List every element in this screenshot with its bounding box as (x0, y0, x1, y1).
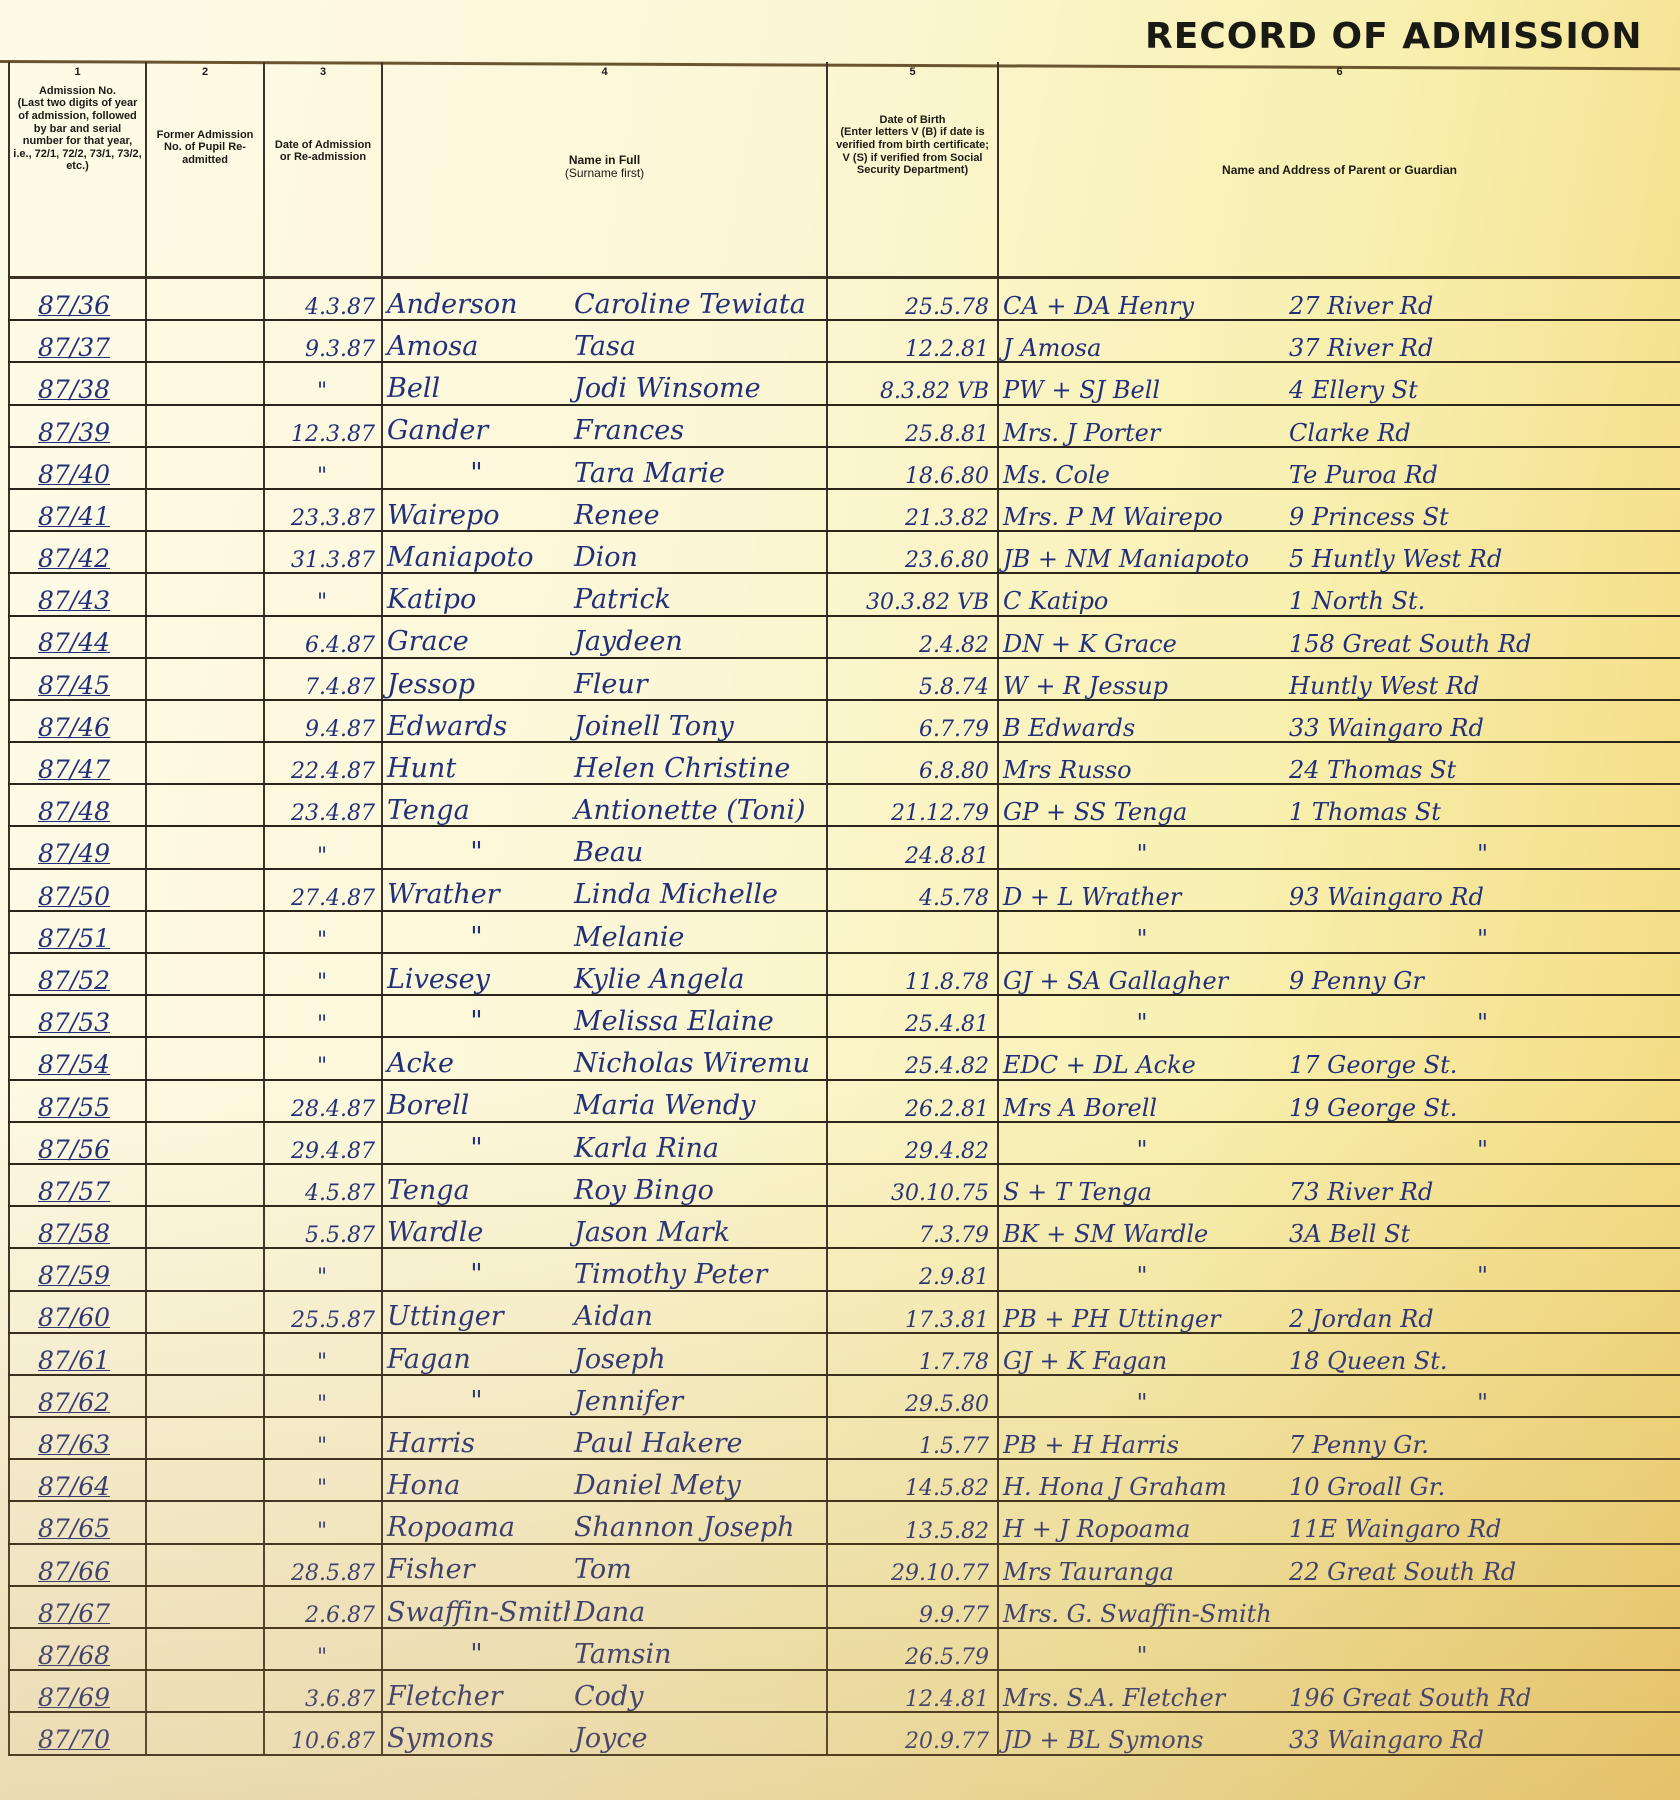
former-admission-cell (146, 953, 264, 995)
date-of-birth-cell (827, 911, 998, 953)
date-of-birth-cell: 1.7.78 (827, 1333, 998, 1375)
surname-cell: Fisher (382, 1544, 570, 1586)
table-row: 87/51""Melanie"" (9, 911, 1680, 953)
surname-cell: Livesey (382, 953, 570, 995)
parent-address-cell: Te Puroa Rd (1285, 447, 1680, 489)
surname-cell: Harris (382, 1417, 570, 1459)
parent-name-cell: Mrs Russo (998, 742, 1285, 784)
table-row: 87/693.6.87FletcherCody12.4.81Mrs. S.A. … (9, 1670, 1680, 1712)
parent-name-cell: W + R Jessup (998, 658, 1285, 700)
given-names-cell: Nicholas Wiremu (570, 1037, 827, 1079)
date-of-birth-cell: 1.5.77 (827, 1417, 998, 1459)
parent-name-cell: H. Hona J Graham (998, 1459, 1285, 1501)
former-admission-cell (146, 1375, 264, 1417)
former-admission-cell (146, 1712, 264, 1754)
parent-name-cell: DN + K Grace (998, 616, 1285, 658)
admission-date-cell: 4.3.87 (264, 278, 382, 321)
table-row: 87/364.3.87AndersonCaroline Tewiata25.5.… (9, 278, 1680, 321)
former-admission-cell (146, 658, 264, 700)
admission-no-cell: 87/50 (9, 869, 146, 911)
given-names-cell: Roy Bingo (570, 1164, 827, 1206)
parent-address-cell (1285, 1628, 1680, 1670)
admission-no-cell: 87/65 (9, 1501, 146, 1543)
admission-date-cell: " (264, 1037, 382, 1079)
former-admission-cell (146, 1586, 264, 1628)
table-row: 87/5027.4.87WratherLinda Michelle4.5.78D… (9, 869, 1680, 911)
surname-cell: Jessop (382, 658, 570, 700)
parent-address-cell: " (1285, 1122, 1680, 1164)
parent-address-cell: " (1285, 826, 1680, 868)
former-admission-cell (146, 320, 264, 362)
table-row: 87/38"BellJodi Winsome8.3.82 VBPW + SJ B… (9, 362, 1680, 404)
table-row: 87/4722.4.87HuntHelen Christine6.8.80Mrs… (9, 742, 1680, 784)
admission-date-cell: 27.4.87 (264, 869, 382, 911)
date-of-birth-cell: 26.5.79 (827, 1628, 998, 1670)
former-admission-cell (146, 616, 264, 658)
parent-address-cell: 9 Princess St (1285, 489, 1680, 531)
parent-address-cell: 158 Great South Rd (1285, 616, 1680, 658)
column-note: (Surname first) (386, 167, 823, 181)
admission-date-cell: " (264, 1417, 382, 1459)
surname-cell: Wardle (382, 1206, 570, 1248)
given-names-cell: Tasa (570, 320, 827, 362)
surname-cell: Tenga (382, 784, 570, 826)
surname-cell: " (382, 1628, 570, 1670)
admission-date-cell: " (264, 1628, 382, 1670)
parent-name-cell: " (998, 1375, 1285, 1417)
table-row: 87/457.4.87JessopFleur5.8.74W + R Jessup… (9, 658, 1680, 700)
parent-name-cell: " (998, 1628, 1285, 1670)
table-row: 87/3912.3.87GanderFrances25.8.81Mrs. J P… (9, 405, 1680, 447)
parent-address-cell: 17 George St. (1285, 1037, 1680, 1079)
admission-date-cell: 22.4.87 (264, 742, 382, 784)
surname-cell: Katipo (382, 573, 570, 615)
admission-no-cell: 87/46 (9, 700, 146, 742)
date-of-birth-cell: 12.4.81 (827, 1670, 998, 1712)
admission-date-cell: 28.4.87 (264, 1080, 382, 1122)
parent-name-cell: Ms. Cole (998, 447, 1285, 489)
given-names-cell: Caroline Tewiata (570, 278, 827, 321)
former-admission-cell (146, 1501, 264, 1543)
table-row: 87/54"AckeNicholas Wiremu25.4.82EDC + DL… (9, 1037, 1680, 1079)
parent-address-cell: 27 River Rd (1285, 278, 1680, 321)
date-of-birth-cell: 29.4.82 (827, 1122, 998, 1164)
date-of-birth-cell: 5.8.74 (827, 658, 998, 700)
date-of-birth-cell: 2.9.81 (827, 1248, 998, 1290)
admission-no-cell: 87/62 (9, 1375, 146, 1417)
table-row: 87/585.5.87WardleJason Mark7.3.79BK + SM… (9, 1206, 1680, 1248)
date-of-birth-cell: 25.8.81 (827, 405, 998, 447)
surname-cell: Gander (382, 405, 570, 447)
given-names-cell: Timothy Peter (570, 1248, 827, 1290)
former-admission-cell (146, 700, 264, 742)
admission-no-cell: 87/63 (9, 1417, 146, 1459)
admission-no-cell: 87/43 (9, 573, 146, 615)
column-header-parent-guardian: 6 Name and Address of Parent or Guardian (998, 62, 1680, 278)
former-admission-cell (146, 362, 264, 404)
admission-no-cell: 87/41 (9, 489, 146, 531)
table-row: 87/469.4.87EdwardsJoinell Tony6.7.79B Ed… (9, 700, 1680, 742)
former-admission-cell (146, 1291, 264, 1333)
admission-date-cell: " (264, 1248, 382, 1290)
admission-no-cell: 87/45 (9, 658, 146, 700)
parent-name-cell: Mrs. G. Swaffin-Smith (998, 1586, 1285, 1628)
table-row: 87/40""Tara Marie18.6.80Ms. ColeTe Puroa… (9, 447, 1680, 489)
parent-address-cell: " (1285, 1375, 1680, 1417)
parent-address-cell: 22 Great South Rd (1285, 1544, 1680, 1586)
given-names-cell: Renee (570, 489, 827, 531)
former-admission-cell (146, 405, 264, 447)
table-row: 87/7010.6.87SymonsJoyce20.9.77JD + BL Sy… (9, 1712, 1680, 1754)
parent-address-cell: 9 Penny Gr (1285, 953, 1680, 995)
admission-no-cell: 87/44 (9, 616, 146, 658)
parent-address-cell: 11E Waingaro Rd (1285, 1501, 1680, 1543)
column-header-name-in-full: 4 Name in Full (Surname first) (382, 62, 827, 278)
admission-no-cell: 87/53 (9, 995, 146, 1037)
date-of-birth-cell: 9.9.77 (827, 1586, 998, 1628)
given-names-cell: Dana (570, 1586, 827, 1628)
column-header-row: 1 Admission No. (Last two digits of year… (9, 62, 1680, 278)
former-admission-cell (146, 742, 264, 784)
parent-address-cell: 24 Thomas St (1285, 742, 1680, 784)
table-row: 87/52"LiveseyKylie Angela11.8.78GJ + SA … (9, 953, 1680, 995)
table-row: 87/4823.4.87TengaAntionette (Toni)21.12.… (9, 784, 1680, 826)
parent-address-cell: " (1285, 995, 1680, 1037)
date-of-birth-cell: 14.5.82 (827, 1459, 998, 1501)
date-of-birth-cell: 29.5.80 (827, 1375, 998, 1417)
given-names-cell: Kylie Angela (570, 953, 827, 995)
parent-address-cell: 10 Groall Gr. (1285, 1459, 1680, 1501)
surname-cell: Maniapoto (382, 531, 570, 573)
surname-cell: Acke (382, 1037, 570, 1079)
parent-name-cell: H + J Ropoama (998, 1501, 1285, 1543)
date-of-birth-cell: 6.7.79 (827, 700, 998, 742)
date-of-birth-cell: 7.3.79 (827, 1206, 998, 1248)
table-row: 87/65"RopoamaShannon Joseph13.5.82H + J … (9, 1501, 1680, 1543)
parent-name-cell: " (998, 1122, 1285, 1164)
given-names-cell: Jodi Winsome (570, 362, 827, 404)
admission-no-cell: 87/68 (9, 1628, 146, 1670)
admission-no-cell: 87/66 (9, 1544, 146, 1586)
table-row: 87/574.5.87TengaRoy Bingo30.10.75S + T T… (9, 1164, 1680, 1206)
parent-name-cell: J Amosa (998, 320, 1285, 362)
date-of-birth-cell: 24.8.81 (827, 826, 998, 868)
admission-date-cell: " (264, 1501, 382, 1543)
admission-no-cell: 87/69 (9, 1670, 146, 1712)
parent-name-cell: PB + H Harris (998, 1417, 1285, 1459)
parent-address-cell: Huntly West Rd (1285, 658, 1680, 700)
surname-cell: Wairepo (382, 489, 570, 531)
parent-address-cell: 3A Bell St (1285, 1206, 1680, 1248)
surname-cell: " (382, 995, 570, 1037)
date-of-birth-cell: 20.9.77 (827, 1712, 998, 1754)
parent-name-cell: PB + PH Uttinger (998, 1291, 1285, 1333)
given-names-cell: Cody (570, 1670, 827, 1712)
admission-date-cell: 25.5.87 (264, 1291, 382, 1333)
parent-address-cell: 18 Queen St. (1285, 1333, 1680, 1375)
admission-date-cell: " (264, 362, 382, 404)
parent-name-cell: GP + SS Tenga (998, 784, 1285, 826)
parent-name-cell: Mrs. S.A. Fletcher (998, 1670, 1285, 1712)
given-names-cell: Fleur (570, 658, 827, 700)
admission-date-cell: 10.6.87 (264, 1712, 382, 1754)
parent-name-cell: GJ + K Fagan (998, 1333, 1285, 1375)
parent-address-cell: Clarke Rd (1285, 405, 1680, 447)
parent-address-cell: 7 Penny Gr. (1285, 1417, 1680, 1459)
parent-name-cell: EDC + DL Acke (998, 1037, 1285, 1079)
column-note: (Last two digits of year of admission, f… (13, 97, 142, 173)
parent-address-cell: 5 Huntly West Rd (1285, 531, 1680, 573)
admission-date-cell: 9.3.87 (264, 320, 382, 362)
admission-date-cell: " (264, 995, 382, 1037)
table-row: 87/43"KatipoPatrick30.3.82 VBC Katipo1 N… (9, 573, 1680, 615)
given-names-cell: Patrick (570, 573, 827, 615)
date-of-birth-cell: 25.4.81 (827, 995, 998, 1037)
former-admission-cell (146, 573, 264, 615)
table-row: 87/4123.3.87WairepoRenee21.3.82Mrs. P M … (9, 489, 1680, 531)
table-row: 87/446.4.87GraceJaydeen2.4.82DN + K Grac… (9, 616, 1680, 658)
table-row: 87/6628.5.87FisherTom29.10.77Mrs Taurang… (9, 1544, 1680, 1586)
given-names-cell: Tamsin (570, 1628, 827, 1670)
table-row: 87/6025.5.87UttingerAidan17.3.81PB + PH … (9, 1291, 1680, 1333)
table-row: 87/4231.3.87ManiapotoDion23.6.80JB + NM … (9, 531, 1680, 573)
surname-cell: Uttinger (382, 1291, 570, 1333)
column-header-former-admission: 2 Former Admission No. of Pupil Re-admit… (146, 62, 264, 278)
admission-no-cell: 87/37 (9, 320, 146, 362)
surname-cell: Fletcher (382, 1670, 570, 1712)
admission-date-cell: " (264, 573, 382, 615)
date-of-birth-cell: 30.10.75 (827, 1164, 998, 1206)
admission-date-cell: 5.5.87 (264, 1206, 382, 1248)
parent-name-cell: Mrs Tauranga (998, 1544, 1285, 1586)
table-row: 87/64"HonaDaniel Mety14.5.82H. Hona J Gr… (9, 1459, 1680, 1501)
admission-date-cell: 2.6.87 (264, 1586, 382, 1628)
former-admission-cell (146, 1037, 264, 1079)
surname-cell: Fagan (382, 1333, 570, 1375)
former-admission-cell (146, 1122, 264, 1164)
given-names-cell: Tara Marie (570, 447, 827, 489)
admission-date-cell: " (264, 826, 382, 868)
parent-address-cell: 33 Waingaro Rd (1285, 700, 1680, 742)
given-names-cell: Joseph (570, 1333, 827, 1375)
given-names-cell: Karla Rina (570, 1122, 827, 1164)
date-of-birth-cell: 21.3.82 (827, 489, 998, 531)
parent-address-cell: 19 George St. (1285, 1080, 1680, 1122)
surname-cell: " (382, 1248, 570, 1290)
table-row: 87/5528.4.87BorellMaria Wendy26.2.81Mrs … (9, 1080, 1680, 1122)
former-admission-cell (146, 826, 264, 868)
table-row: 87/68""Tamsin26.5.79" (9, 1628, 1680, 1670)
former-admission-cell (146, 1164, 264, 1206)
admission-date-cell: 23.4.87 (264, 784, 382, 826)
former-admission-cell (146, 911, 264, 953)
given-names-cell: Helen Christine (570, 742, 827, 784)
date-of-birth-cell: 11.8.78 (827, 953, 998, 995)
surname-cell: " (382, 911, 570, 953)
parent-name-cell: D + L Wrather (998, 869, 1285, 911)
former-admission-cell (146, 1628, 264, 1670)
parent-name-cell: " (998, 826, 1285, 868)
date-of-birth-cell: 21.12.79 (827, 784, 998, 826)
table-row: 87/62""Jennifer29.5.80"" (9, 1375, 1680, 1417)
column-header-admission-no: 1 Admission No. (Last two digits of year… (9, 62, 146, 278)
parent-name-cell: " (998, 1248, 1285, 1290)
admission-no-cell: 87/59 (9, 1248, 146, 1290)
parent-address-cell: 2 Jordan Rd (1285, 1291, 1680, 1333)
surname-cell: " (382, 1122, 570, 1164)
given-names-cell: Tom (570, 1544, 827, 1586)
surname-cell: Bell (382, 362, 570, 404)
admission-no-cell: 87/47 (9, 742, 146, 784)
parent-address-cell: 4 Ellery St (1285, 362, 1680, 404)
admission-no-cell: 87/36 (9, 278, 146, 321)
page-title: RECORD OF ADMISSION (1145, 16, 1643, 57)
admission-no-cell: 87/60 (9, 1291, 146, 1333)
former-admission-cell (146, 531, 264, 573)
former-admission-cell (146, 869, 264, 911)
table-row: 87/63"HarrisPaul Hakere1.5.77PB + H Harr… (9, 1417, 1680, 1459)
parent-address-cell: 73 River Rd (1285, 1164, 1680, 1206)
date-of-birth-cell: 6.8.80 (827, 742, 998, 784)
parent-name-cell: BK + SM Wardle (998, 1206, 1285, 1248)
admission-date-cell: " (264, 447, 382, 489)
given-names-cell: Shannon Joseph (570, 1501, 827, 1543)
admission-no-cell: 87/51 (9, 911, 146, 953)
surname-cell: Symons (382, 1712, 570, 1754)
admission-no-cell: 87/38 (9, 362, 146, 404)
surname-cell: Tenga (382, 1164, 570, 1206)
admission-no-cell: 87/61 (9, 1333, 146, 1375)
admission-date-cell: 3.6.87 (264, 1670, 382, 1712)
table-row: 87/61"FaganJoseph1.7.78GJ + K Fagan18 Qu… (9, 1333, 1680, 1375)
former-admission-cell (146, 1333, 264, 1375)
admission-no-cell: 87/64 (9, 1459, 146, 1501)
former-admission-cell (146, 1080, 264, 1122)
former-admission-cell (146, 1417, 264, 1459)
admission-date-cell: 12.3.87 (264, 405, 382, 447)
admission-date-cell: " (264, 953, 382, 995)
given-names-cell: Joyce (570, 1712, 827, 1754)
surname-cell: Grace (382, 616, 570, 658)
admission-no-cell: 87/67 (9, 1586, 146, 1628)
parent-name-cell: Mrs. P M Wairepo (998, 489, 1285, 531)
admission-no-cell: 87/42 (9, 531, 146, 573)
admission-date-cell: 6.4.87 (264, 616, 382, 658)
admission-date-cell: 29.4.87 (264, 1122, 382, 1164)
parent-name-cell: PW + SJ Bell (998, 362, 1285, 404)
parent-name-cell: JB + NM Maniapoto (998, 531, 1285, 573)
surname-cell: Borell (382, 1080, 570, 1122)
admission-register-table: 1 Admission No. (Last two digits of year… (8, 62, 1680, 1756)
former-admission-cell (146, 1248, 264, 1290)
former-admission-cell (146, 1544, 264, 1586)
parent-address-cell (1285, 1586, 1680, 1628)
parent-address-cell: " (1285, 911, 1680, 953)
parent-address-cell: 1 North St. (1285, 573, 1680, 615)
parent-name-cell: S + T Tenga (998, 1164, 1285, 1206)
former-admission-cell (146, 784, 264, 826)
given-names-cell: Jason Mark (570, 1206, 827, 1248)
admission-entries: 87/364.3.87AndersonCaroline Tewiata25.5.… (9, 278, 1680, 1755)
admission-no-cell: 87/55 (9, 1080, 146, 1122)
parent-name-cell: " (998, 911, 1285, 953)
parent-address-cell: 37 River Rd (1285, 320, 1680, 362)
date-of-birth-cell: 8.3.82 VB (827, 362, 998, 404)
parent-name-cell: C Katipo (998, 573, 1285, 615)
former-admission-cell (146, 1670, 264, 1712)
admission-no-cell: 87/58 (9, 1206, 146, 1248)
parent-name-cell: B Edwards (998, 700, 1285, 742)
given-names-cell: Beau (570, 826, 827, 868)
former-admission-cell (146, 995, 264, 1037)
parent-name-cell: Mrs. J Porter (998, 405, 1285, 447)
date-of-birth-cell: 17.3.81 (827, 1291, 998, 1333)
admission-no-cell: 87/57 (9, 1164, 146, 1206)
admission-no-cell: 87/40 (9, 447, 146, 489)
given-names-cell: Melanie (570, 911, 827, 953)
date-of-birth-cell: 13.5.82 (827, 1501, 998, 1543)
admission-date-cell: " (264, 1333, 382, 1375)
surname-cell: Amosa (382, 320, 570, 362)
admission-date-cell: 23.3.87 (264, 489, 382, 531)
date-of-birth-cell: 29.10.77 (827, 1544, 998, 1586)
admission-no-cell: 87/39 (9, 405, 146, 447)
admission-date-cell: 9.4.87 (264, 700, 382, 742)
date-of-birth-cell: 2.4.82 (827, 616, 998, 658)
column-header-date-of-birth: 5 Date of Birth (Enter letters V (B) if … (827, 62, 998, 278)
admission-date-cell: " (264, 911, 382, 953)
surname-cell: " (382, 826, 570, 868)
surname-cell: Wrather (382, 869, 570, 911)
given-names-cell: Paul Hakere (570, 1417, 827, 1459)
admission-date-cell: 31.3.87 (264, 531, 382, 573)
given-names-cell: Dion (570, 531, 827, 573)
table-row: 87/672.6.87Swaffin-SmithDana9.9.77Mrs. G… (9, 1586, 1680, 1628)
surname-cell: Anderson (382, 278, 570, 321)
surname-cell: Hona (382, 1459, 570, 1501)
admission-date-cell: 7.4.87 (264, 658, 382, 700)
parent-address-cell: 1 Thomas St (1285, 784, 1680, 826)
admission-date-cell: " (264, 1459, 382, 1501)
admission-no-cell: 87/49 (9, 826, 146, 868)
admission-date-cell: 28.5.87 (264, 1544, 382, 1586)
column-note: (Enter letters V (B) if date is verified… (831, 126, 994, 177)
surname-cell: Edwards (382, 700, 570, 742)
date-of-birth-cell: 25.4.82 (827, 1037, 998, 1079)
date-of-birth-cell: 18.6.80 (827, 447, 998, 489)
table-row: 87/49""Beau24.8.81"" (9, 826, 1680, 868)
date-of-birth-cell: 25.5.78 (827, 278, 998, 321)
surname-cell: Ropoama (382, 1501, 570, 1543)
table-row: 87/59""Timothy Peter2.9.81"" (9, 1248, 1680, 1290)
table-row: 87/5629.4.87"Karla Rina29.4.82"" (9, 1122, 1680, 1164)
parent-name-cell: GJ + SA Gallagher (998, 953, 1285, 995)
admission-no-cell: 87/48 (9, 784, 146, 826)
former-admission-cell (146, 447, 264, 489)
date-of-birth-cell: 23.6.80 (827, 531, 998, 573)
given-names-cell: Aidan (570, 1291, 827, 1333)
given-names-cell: Maria Wendy (570, 1080, 827, 1122)
parent-address-cell: 33 Waingaro Rd (1285, 1712, 1680, 1754)
given-names-cell: Jaydeen (570, 616, 827, 658)
admission-no-cell: 87/52 (9, 953, 146, 995)
admission-date-cell: " (264, 1375, 382, 1417)
parent-name-cell: " (998, 995, 1285, 1037)
date-of-birth-cell: 12.2.81 (827, 320, 998, 362)
former-admission-cell (146, 1459, 264, 1501)
admission-no-cell: 87/70 (9, 1712, 146, 1754)
admission-no-cell: 87/54 (9, 1037, 146, 1079)
